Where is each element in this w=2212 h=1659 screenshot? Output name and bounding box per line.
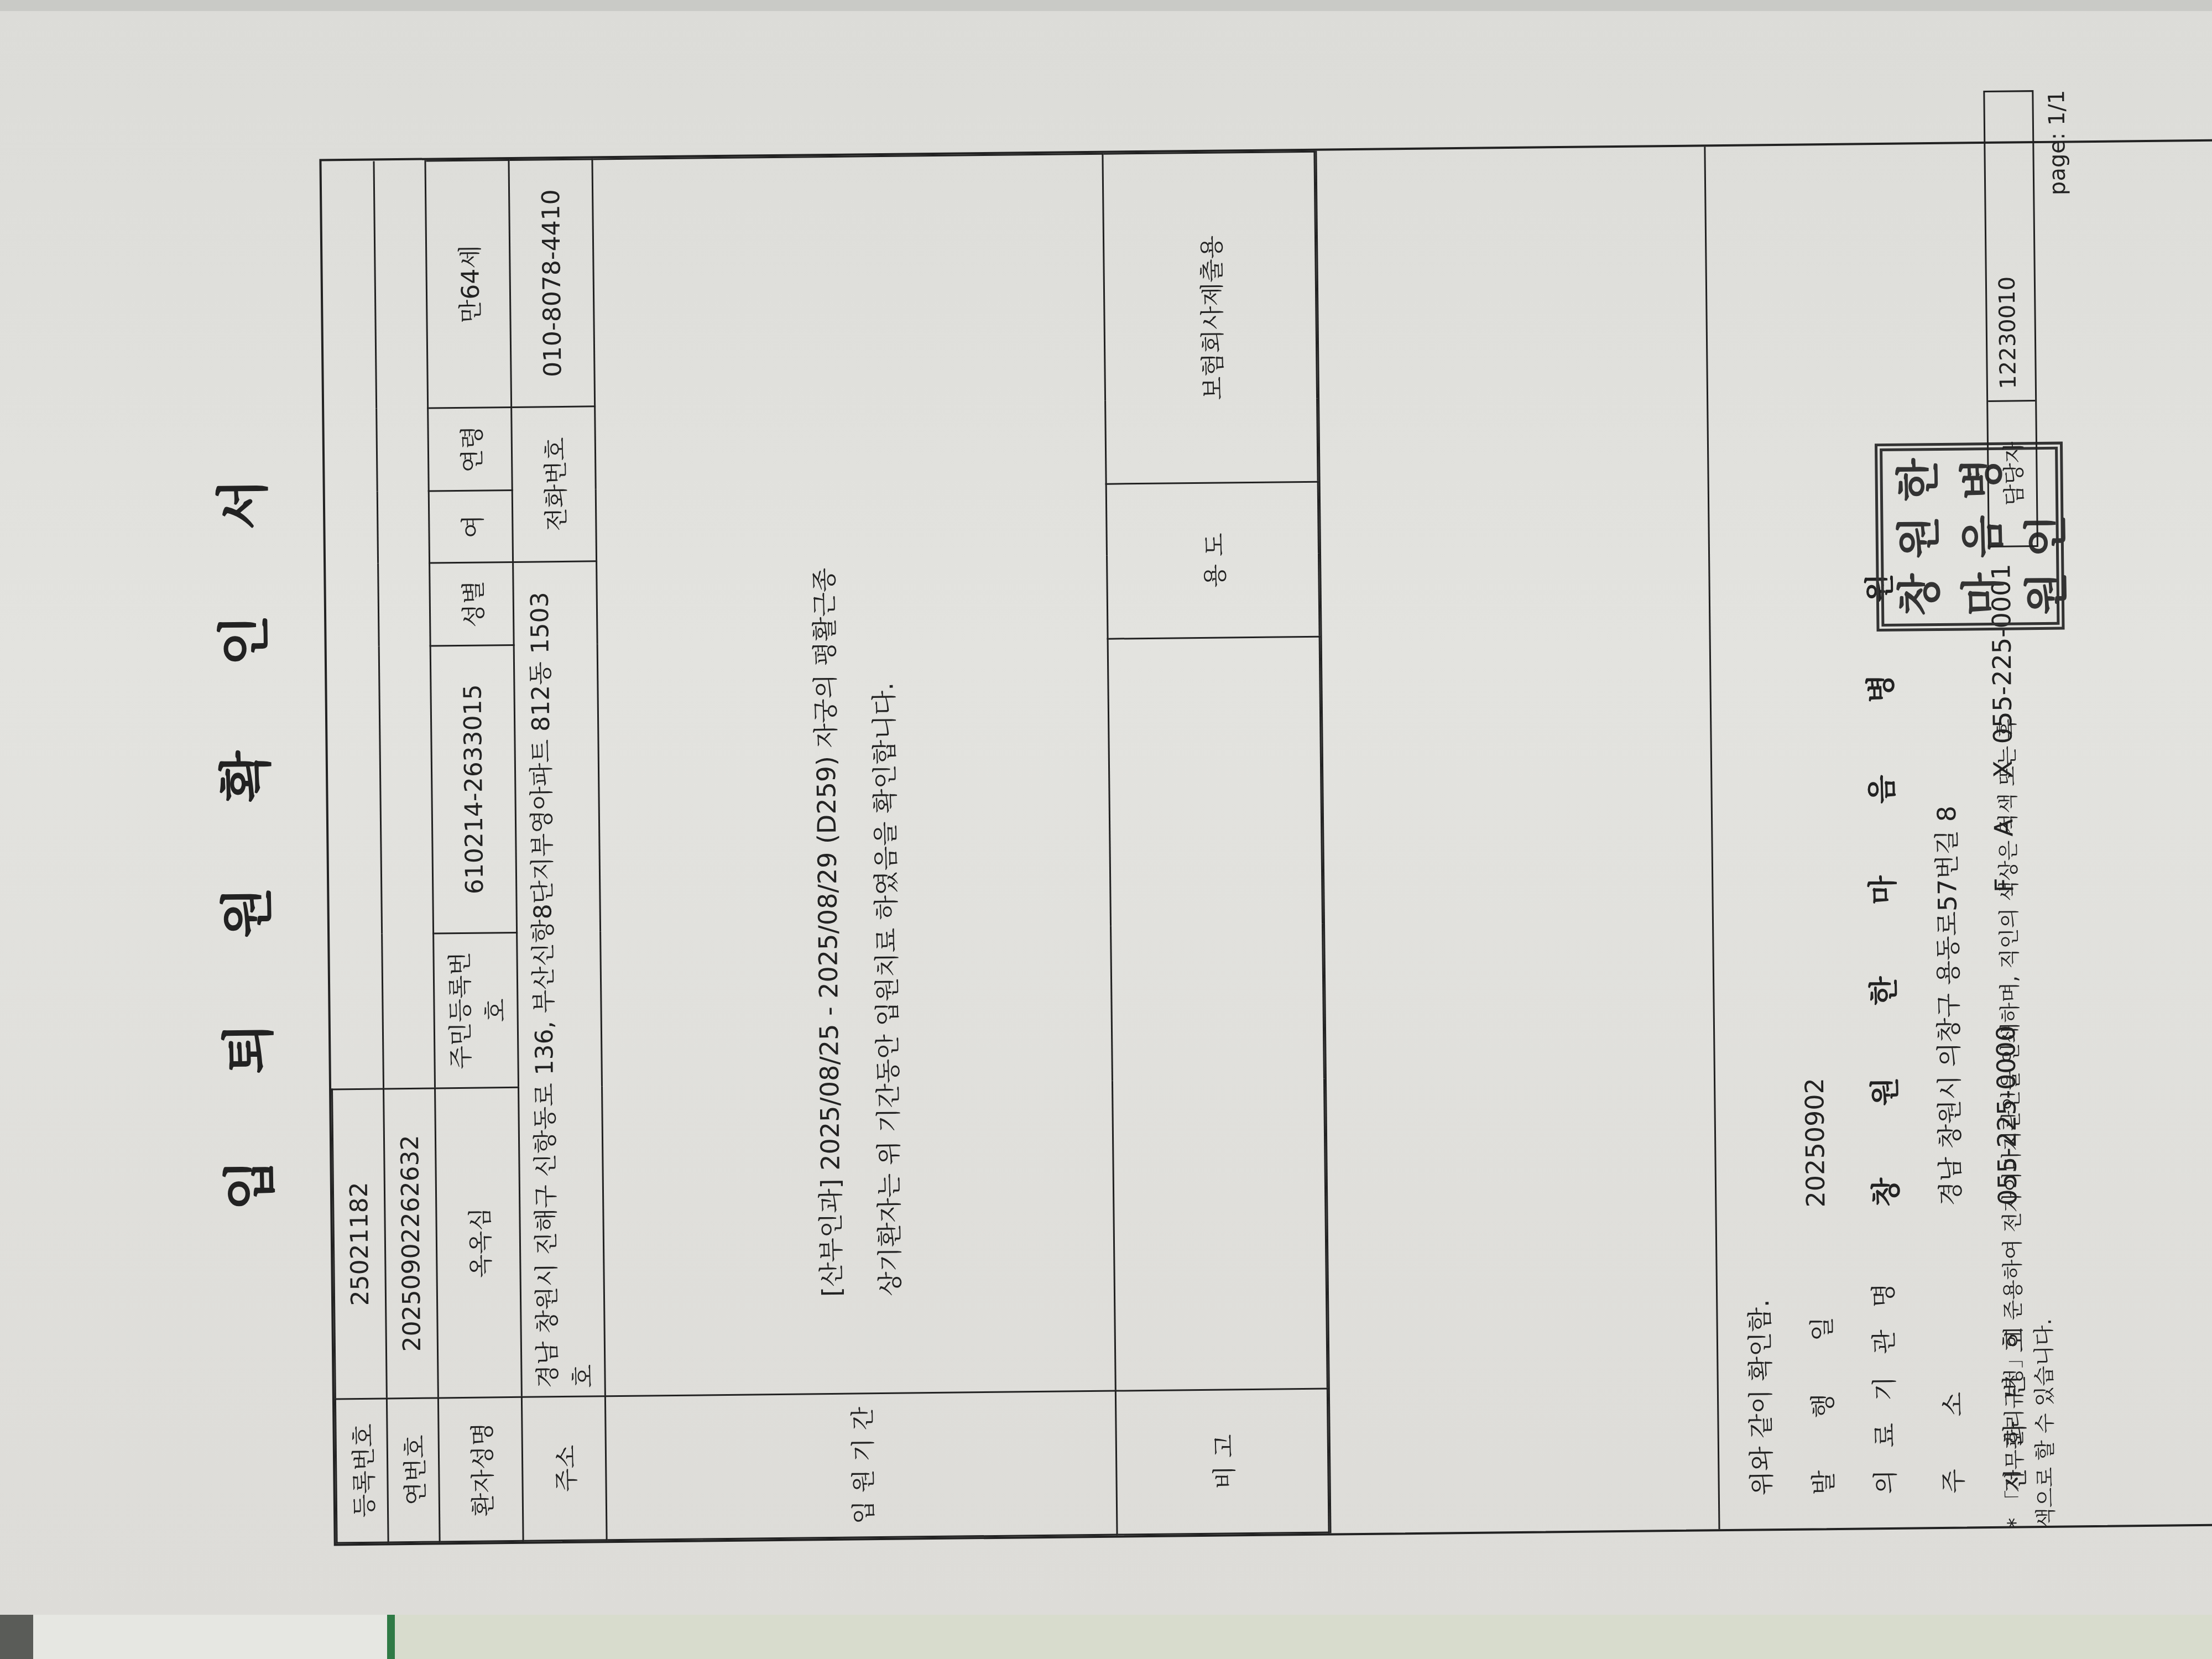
patient-info-table: 등록번호 25021182 연번호 20250902262632 환자성명 옥옥… [321,151,1329,1544]
admission-period-cell: [산부인과] 2025/08/25 - 2025/08/29 (D259) 자궁… [592,154,1115,1396]
name-label: 환자성명 [438,1397,523,1542]
serial-no-value: 20250902262632 [384,1088,439,1399]
hospital-address-label: 주 소 [1931,1206,1970,1494]
staff-box: 담당자 12230010 [1983,90,2038,547]
sex-label: 성별 [430,562,514,646]
age-label: 연령 [428,407,513,491]
confirmation-statement: 위와 같이 확인함. [1728,179,1778,1496]
footer-note: * 「사무관리규정」에 준용하여 전자이미지관인을 인쇄하며, 직인의 색상은 … [1990,698,2059,1528]
sex-value: 여 [429,490,513,563]
admission-confirm-line: 상기환자는 위 기간동안 입원치료 하였음을 확인합니다. [859,253,907,1297]
age-value: 만64세 [425,160,512,408]
remarks-value [1108,637,1327,1391]
page-number: page: 1/1 [2044,90,2070,195]
purpose-value: 보험회사제출용 [1103,152,1318,484]
phone-label: 전화번호 [512,406,597,562]
staff-value: 12230010 [1987,265,2036,400]
remarks-label: 비 고 [1115,1389,1329,1535]
institution-label: 의료기관명 [1863,1207,1908,1495]
issue-date-value: 20250902 [1799,1078,1837,1208]
hospital-address-value: 경남 창원시 의창구 용동로57번길 8 [1927,806,1968,1207]
purpose-label: 용 도 [1106,482,1319,639]
certificate-page: 입 퇴 원 확 인 서 등록번호 25021182 연번호 2025090226… [152,34,2137,1603]
serial-no-label: 연번호 [387,1398,440,1542]
confirmation-block: 위와 같이 확인함. 발 행 일20250902 의료기관명창원한마음병원 주 … [1704,140,2212,1529]
green-tab [387,1615,395,1659]
certificate-frame: 등록번호 25021182 연번호 20250902262632 환자성명 옥옥… [319,137,2212,1546]
document-title: 입 퇴 원 확 인 서 [196,53,288,1602]
blank-area [1315,147,1718,1533]
rrn-value: 610214-2633015 [430,645,517,933]
phone-value: 010-8078-4410 [509,159,595,408]
admission-period-line: [산부인과] 2025/08/25 - 2025/08/29 (D259) 자궁… [801,254,848,1297]
background-papers [0,1615,2212,1659]
rrn-label: 주민등록번호 [434,932,519,1088]
name-value: 옥옥심 [435,1087,522,1398]
reg-no-label: 등록번호 [335,1399,388,1543]
staff-label: 담당자 [1988,400,2037,546]
address-value: 경남 창원시 진해구 신항동로 136, 부산신항8단지부영아파트 812동 1… [513,561,606,1397]
admission-period-label: 입 원 기 간 [605,1391,1117,1540]
address-label: 주소 [521,1396,607,1541]
issue-date-label: 발 행 일 [1801,1207,1840,1495]
reg-no-value: 25021182 [332,1089,387,1399]
